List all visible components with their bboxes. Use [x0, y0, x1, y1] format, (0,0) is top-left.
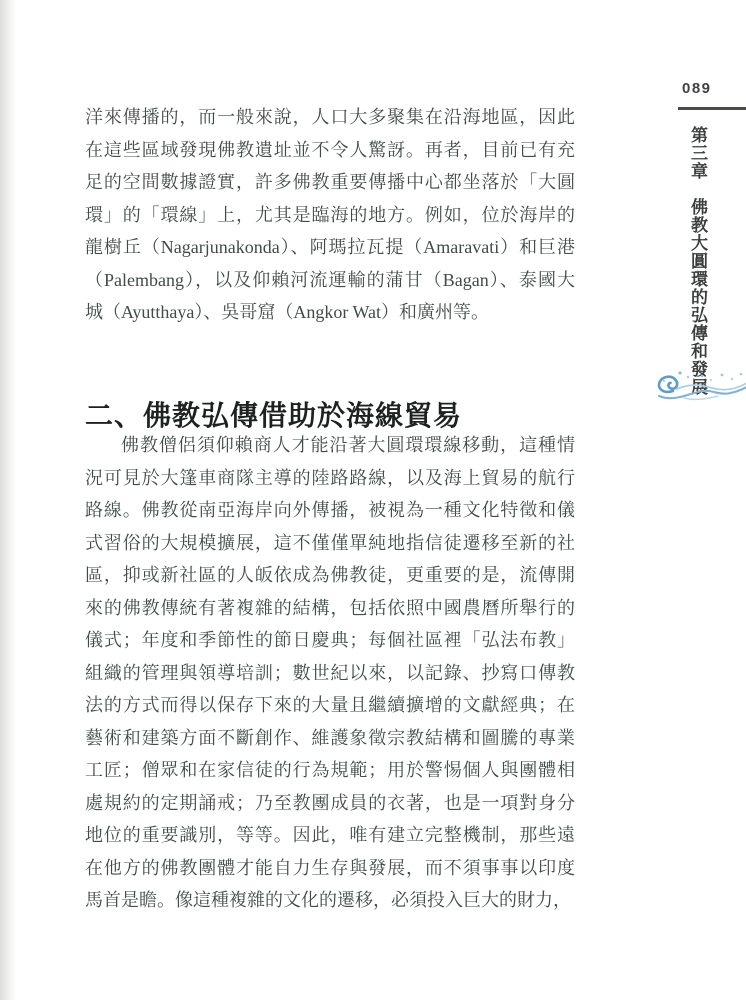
- page-number: 089: [682, 80, 722, 97]
- text-line: 組織的管理與領導培訓；數世紀以來，以記錄、抄寫口傳教: [85, 657, 575, 690]
- text-line: 式習俗的大規模擴展，這不僅僅單純地指信徒遷移至新的社: [85, 527, 575, 560]
- text-line: 來的佛教傳統有著複雜的結構，包括依照中國農曆所舉行的: [85, 592, 575, 625]
- wave-icon: [650, 366, 746, 410]
- text-line: 足的空間數據證實，許多佛教重要傳播中心都坐落於「大圓: [85, 166, 575, 199]
- page-gutter-shadow: [0, 0, 16, 1000]
- text-line: 儀式；年度和季節性的節日慶典；每個社區裡「弘法布教」: [85, 624, 575, 657]
- text-line: 處規約的定期誦戒；乃至教團成員的衣著，也是一項對身分: [85, 787, 575, 820]
- book-page: 洋來傳播的，而一般來說，人口大多聚集在沿海地區，因此在這些區域發現佛教遺址並不令…: [0, 0, 746, 1000]
- text-line: 龍樹丘（Nagarjunakonda）、阿瑪拉瓦提（Amaravati）和巨港: [85, 231, 575, 264]
- text-line: 城（Ayutthaya）、吳哥窟（Angkor Wat）和廣州等。: [85, 296, 575, 329]
- paragraph-2: 佛教僧侶須仰賴商人才能沿著大圓環環線移動，這種情況可見於大篷車商隊主導的陸路路線…: [85, 429, 575, 917]
- text-line: 況可見於大篷車商隊主導的陸路路線，以及海上貿易的航行: [85, 462, 575, 495]
- text-line: 路線。佛教從南亞海岸向外傳播，被視為一種文化特徵和儀: [85, 494, 575, 527]
- paragraph-1: 洋來傳播的，而一般來說，人口大多聚集在沿海地區，因此在這些區域發現佛教遺址並不令…: [85, 101, 575, 329]
- text-line: 藝術和建築方面不斷創作、維護象徵宗教結構和圖騰的專業: [85, 722, 575, 755]
- text-line: 洋來傳播的，而一般來說，人口大多聚集在沿海地區，因此: [85, 101, 575, 134]
- text-line: 在他方的佛教團體才能自力生存與發展，而不須事事以印度: [85, 852, 575, 885]
- text-line: 工匠；僧眾和在家信徒的行為規範；用於警惕個人與團體相: [85, 754, 575, 787]
- text-line: 法的方式而得以保存下來的大量且繼續擴增的文獻經典；在: [85, 689, 575, 722]
- text-line: 佛教僧侶須仰賴商人才能沿著大圓環環線移動，這種情: [85, 429, 575, 462]
- text-line: （Palembang），以及仰賴河流運輸的蒲甘（Bagan）、泰國大: [85, 264, 575, 297]
- text-line: 在這些區域發現佛教遺址並不令人驚訝。再者，目前已有充: [85, 134, 575, 167]
- header-rule-divider: [678, 107, 746, 110]
- text-line: 環」的「環線」上，尤其是臨海的地方。例如，位於海岸的: [85, 199, 575, 232]
- text-line: 區，抑或新社區的人皈依成為佛教徒，更重要的是，流傳開: [85, 559, 575, 592]
- chapter-title-vertical: 第三章 佛教大圓環的弘傳和發展: [685, 126, 710, 396]
- text-line: 馬首是瞻。像這種複雜的文化的遷移，必須投入巨大的財力，: [85, 884, 575, 917]
- text-line: 地位的重要識別，等等。因此，唯有建立完整機制，那些遠: [85, 819, 575, 852]
